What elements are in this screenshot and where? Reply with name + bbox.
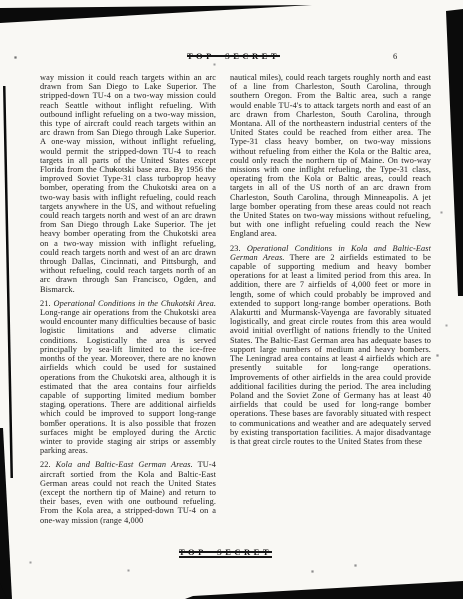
paragraph-text: There are 2 airfields estimated to be ca… — [230, 253, 431, 446]
paragraph-22: 22. Kola and Baltic-East German Areas. T… — [40, 460, 216, 524]
column-left: way mission it could reach targets withi… — [40, 73, 216, 525]
paragraph-number: 21. — [40, 299, 51, 308]
paragraph-continuation: nautical miles), could reach targets rou… — [230, 73, 431, 239]
photocopy-specks — [0, 0, 1, 1]
paragraph-title: Kola and Baltic-East German Areas. — [56, 460, 193, 469]
paragraph-text: way mission it could reach targets withi… — [40, 73, 216, 294]
column-right: nautical miles), could reach targets rou… — [230, 73, 431, 525]
paragraph-title: Operational Conditions in the Chukotski … — [53, 299, 216, 308]
paragraph-23: 23. Operational Conditions in Kola and B… — [230, 244, 431, 446]
paragraph-continuation: way mission it could reach targets withi… — [40, 73, 216, 294]
paragraph-number: 23. — [230, 244, 241, 253]
paragraph-number: 22. — [40, 460, 51, 469]
classification-header: TOP SECRET — [187, 51, 280, 61]
document-page: TOP SECRET 6 way mission it could reach … — [0, 0, 463, 599]
text-columns: way mission it could reach targets withi… — [40, 73, 431, 525]
paragraph-text: nautical miles), could reach targets rou… — [230, 73, 431, 238]
page-number: 6 — [393, 51, 397, 61]
paragraph-text: TU-4 aircraft sortied from the Kola and … — [40, 460, 216, 524]
paragraph-text: Long-range air operations from the Chuko… — [40, 308, 216, 455]
classification-footer: TOP SECRET — [179, 547, 272, 557]
paragraph-21: 21. Operational Conditions in the Chukot… — [40, 299, 216, 455]
